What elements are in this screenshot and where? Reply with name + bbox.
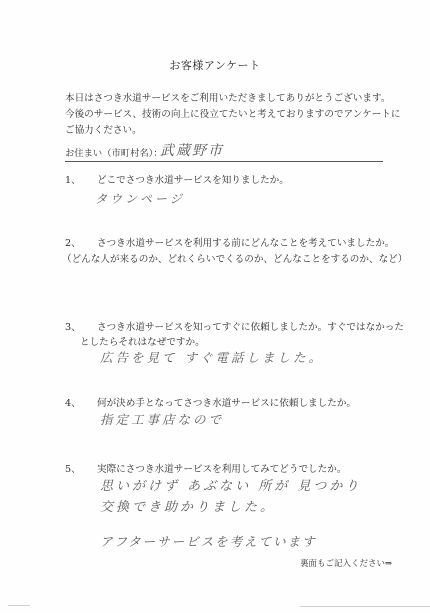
question-3-text: さつき水道サービスを知ってすぐに依頼しましたか。すぐではなかった [97, 319, 404, 333]
question-1-number: 1、 [65, 172, 81, 186]
question-5-answer-line-1: 思いがけず あぶない 所が 見つかり [100, 475, 361, 494]
question-3-number: 3、 [65, 319, 81, 333]
intro-line-3: ご協力ください。 [65, 123, 142, 139]
question-5-answer-line-2: 交換でき助かりました。 [100, 496, 276, 515]
question-2-subtext: （どんな人が来るのか、どれくらいでくるのか、どんなことをするのか、など） [62, 251, 407, 265]
reverse-side-note: 裏面もご記入ください⇒ [300, 557, 392, 569]
questionnaire-page: お客様アンケート 本日はさつき水道サービスをご利用いただきましてありがとうござい… [0, 0, 430, 613]
scan-edge-left [8, 605, 30, 606]
question-1-text: どこでさつき水道サービスを知りましたか。 [97, 172, 289, 186]
document-title: お客様アンケート [0, 57, 430, 73]
question-5-text: 実際にさつき水道サービスを利用してみてどうでしたか。 [97, 461, 346, 475]
address-underline [65, 161, 383, 162]
question-3-subtext: としたらそれはなぜですか。 [80, 334, 205, 348]
question-3-answer: 広告を見て すぐ電話しました。 [100, 348, 324, 366]
question-4-text: 何が決め手となってさつき水道サービスに依頼しましたか。 [97, 395, 356, 409]
address-value-handwritten: 武蔵野市 [160, 140, 224, 160]
question-2-number: 2、 [65, 235, 81, 249]
question-2-text: さつき水道サービスを利用する前にどんなことを考えていましたか。 [97, 235, 394, 249]
intro-line-1: 本日はさつき水道サービスをご利用いただきましてありがとうございます。 [65, 91, 390, 107]
question-1-answer: タウンページ [95, 190, 185, 207]
question-4-answer: 指定工事店なので [100, 410, 224, 428]
address-label: お住まい（市町村名）： [65, 145, 163, 159]
question-5-number: 5、 [65, 461, 81, 475]
question-4-number: 4、 [65, 395, 81, 409]
intro-line-2: 今後のサービス、技術の向上に役立てたいと考えておりますのでアンケートに [65, 107, 401, 123]
scan-edge-right [300, 606, 430, 607]
question-5-answer-line-3: アフターサービスを考えています [100, 532, 317, 550]
